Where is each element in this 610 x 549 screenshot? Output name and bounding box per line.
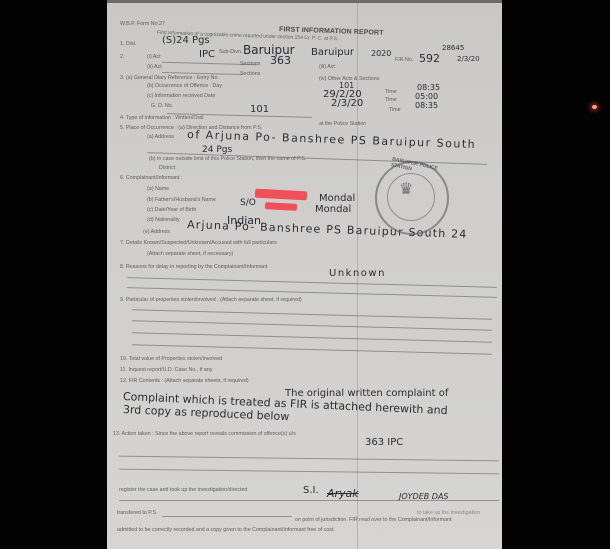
transfer-label: transfered to P.S.	[117, 511, 158, 516]
register-line	[119, 500, 499, 501]
outside-limit-label: (b) In case outside limit of this Police…	[149, 157, 306, 162]
dist-value: (S)24 Pgs	[162, 36, 210, 46]
ps-value: Baruipur	[311, 48, 354, 58]
time-label-2: Time	[385, 98, 397, 103]
info-received-label: (c) Information received Date	[147, 94, 215, 99]
background-light-spot	[592, 105, 597, 109]
gd-ref-label: 3. (a) General Diary Reference : Entry N…	[120, 76, 219, 81]
serial-number: 28645	[442, 45, 464, 52]
register-label: register the case and took up the invest…	[119, 488, 247, 493]
name-surname-value: Mondal	[319, 194, 355, 204]
action-taken-label: 13. Action taken : Since the above repor…	[113, 432, 296, 437]
jurisdiction-label: on point of jurisdiction. FIR read over …	[295, 518, 451, 523]
item-2-label: 2.	[120, 55, 124, 60]
accused-details-label: 7. Details Known/Suspected/Unknown/Accus…	[120, 241, 277, 246]
delay-reason-value: Unknown	[329, 269, 386, 279]
district-label: District	[159, 166, 175, 171]
properties-line-1	[132, 309, 492, 319]
action-section-value: 363 IPC	[365, 438, 403, 448]
delay-line-1	[127, 277, 497, 288]
properties-line-3	[132, 332, 492, 342]
father-name-label: (b) Father's/Husband's Name	[147, 198, 216, 203]
sections2-label: Sections	[240, 72, 260, 77]
gd-no-label: G. D. No.	[151, 104, 173, 109]
redacted-name	[255, 189, 307, 201]
delay-reason-label: 8. Reasons for delay in reporting by the…	[120, 265, 268, 270]
fir-date-value: 2/3/20	[457, 56, 480, 63]
fir-document: W.B.P. Form No.27 FIRST INFORMATION REPO…	[107, 0, 502, 549]
fir-contents-label: 12. FIR Contents : (Attach separate shee…	[120, 379, 249, 384]
info-time-value: 08:35	[415, 102, 438, 110]
address-label: (a) Address	[147, 135, 174, 140]
properties-line-2	[132, 320, 492, 330]
nationality-label: (d) Nationality	[147, 218, 180, 223]
gd-time-value: 08:35	[417, 84, 440, 92]
sections1-value: 363	[270, 55, 291, 66]
act1-label: (i) Act	[147, 55, 161, 60]
at-ps-label: at the Police Station	[319, 122, 366, 127]
total-value-label: 10. Total value of Properties stolen/inv…	[120, 357, 222, 362]
time-label-1: Time	[385, 90, 397, 95]
fir-no-label: FIR No.	[395, 58, 413, 63]
officer-rank-value: S.I.	[303, 486, 319, 496]
name-label: (a) Name	[147, 187, 169, 192]
sections1-label: Sections	[240, 62, 260, 67]
act1-value: IPC	[199, 50, 215, 60]
police-station-stamp: ♛ BARUIPUR POLICE STATION	[375, 161, 449, 235]
act3-label: (iii) Act	[319, 65, 335, 70]
redacted-father-name	[265, 202, 297, 211]
time-label-3: Time	[389, 108, 401, 113]
act2-label: (ii) Act	[147, 65, 162, 70]
form-number: W.B.P. Form No.27	[120, 22, 165, 27]
inquest-label: 11. Inquest report/U.D. Case No., if any	[120, 368, 212, 373]
info-type-label: 4. Type of information : Written/Oral	[120, 116, 203, 121]
officer-signature: Aryak	[327, 488, 359, 499]
take-up-label: to take up the investigation	[417, 511, 480, 516]
transfer-line	[162, 516, 292, 517]
year-value: 2020	[371, 50, 391, 58]
occurrence-label: (b) Occurrence of Offence : Day	[147, 84, 222, 89]
admitted-label: admitted to be correctly recorded and a …	[117, 528, 335, 533]
ashoka-emblem-icon: ♛	[399, 179, 413, 199]
dist-label: 1. Dist.	[120, 42, 136, 47]
properties-label: 9. Particular of properties stolen/invol…	[120, 298, 302, 303]
action-line-2	[119, 469, 499, 475]
gd-no-value: 101	[250, 105, 269, 115]
comp-address-label: (e) Address	[143, 230, 170, 235]
attach-sheet-note: (Attach separate sheet, if necessary)	[147, 252, 233, 257]
complainant-label: 6. Complainant/Informant :	[120, 176, 182, 181]
dob-label: (c) Date/Year of Birth	[147, 208, 196, 213]
father-prefix-value: S/O	[240, 199, 256, 208]
action-line-1	[119, 456, 499, 462]
properties-line-4	[132, 344, 492, 354]
fir-no-value: 592	[419, 53, 440, 64]
info-date-value: 2/3/20	[331, 99, 363, 109]
occ-time-value: 05:00	[415, 93, 438, 101]
father-surname-value: Mondal	[315, 205, 351, 215]
subdiv-label: Sub-Divn.	[219, 50, 242, 55]
